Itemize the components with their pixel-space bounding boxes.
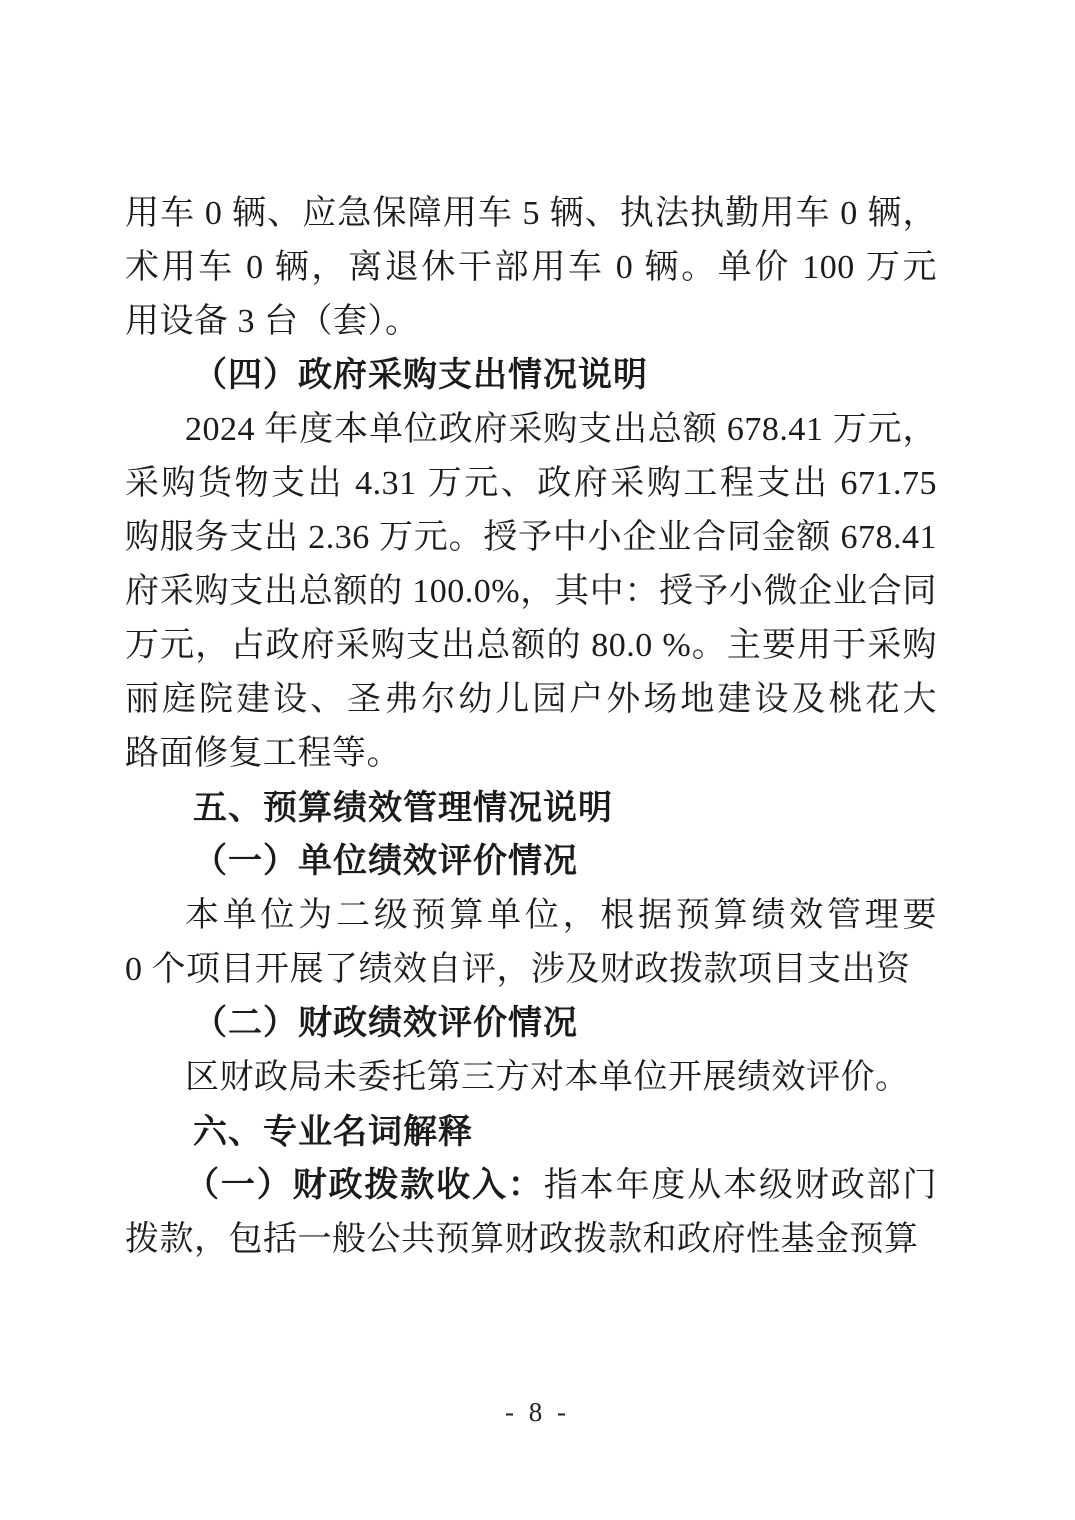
section-heading: 六、专业名词解释 — [125, 1105, 937, 1159]
page-number: - 8 - — [0, 1396, 1075, 1428]
body-line: 区财政局未委托第三方对本单位开展绩效评价。 — [125, 1051, 937, 1105]
body-line: 购服务支出 2.36 万元。授予中小企业合同金额 678.41 万元，占政 — [125, 511, 937, 565]
body-line: 万元，占政府采购支出总额的 80.0 %。主要用于采购广福片区美 — [125, 619, 937, 673]
subsection-heading: （二）财政绩效评价情况 — [125, 997, 937, 1051]
body-line: 本单位为二级预算单位，根据预算绩效管理要求，我单位对 — [125, 889, 937, 943]
subsection-heading: （一）单位绩效评价情况 — [125, 835, 937, 889]
body-line: 丽庭院建设、圣弗尔幼儿园户外场地建设及桃花大道、河街大道 — [125, 673, 937, 727]
body-line: 拨款，包括一般公共预算财政拨款和政府性基金预算财政拨款。 — [125, 1213, 937, 1267]
term-heading: （一）财政拨款收入： — [185, 1167, 544, 1204]
body-line: 用车 0 辆、应急保障用车 5 辆、执法执勤用车 0 辆，特种专业技 — [125, 187, 937, 241]
body-line: 术用车 0 辆，离退休干部用车 0 辆。单价 100 万元（含）以上专 — [125, 241, 937, 295]
body-line: 采购货物支出 4.31 万元、政府采购工程支出 671.75 万元、政府采 — [125, 457, 937, 511]
body-line: 用设备 3 台（套）。 — [125, 295, 937, 349]
body-line: （一）财政拨款收入：指本年度从本级财政部门取得的财政 — [125, 1159, 937, 1213]
document-body: 用车 0 辆、应急保障用车 5 辆、执法执勤用车 0 辆，特种专业技 术用车 0… — [125, 187, 937, 1267]
subsection-heading: （四）政府采购支出情况说明 — [125, 349, 937, 403]
section-heading: 五、预算绩效管理情况说明 — [125, 781, 937, 835]
body-line: 2024 年度本单位政府采购支出总额 678.41 万元，其中：政府 — [125, 403, 937, 457]
body-line: 0 个项目开展了绩效自评，涉及财政拨款项目支出资金 0 万元。 — [125, 943, 937, 997]
body-line: 路面修复工程等。 — [125, 727, 937, 781]
body-line: 府采购支出总额的 100.0%，其中：授予小微企业合同金额 542.96 — [125, 565, 937, 619]
